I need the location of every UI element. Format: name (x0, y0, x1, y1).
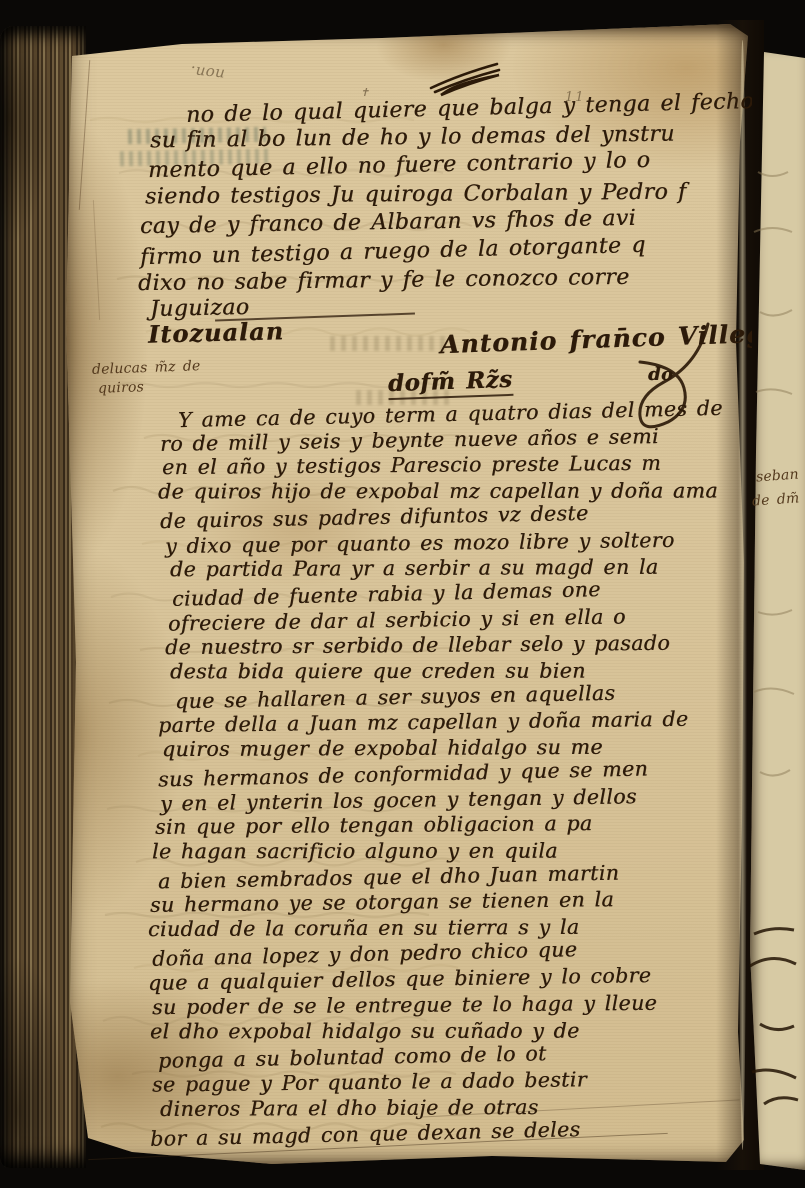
body-line: quiros muger de expobal hidalgo su me (162, 735, 603, 761)
body-line: de nuestro sr serbido de llebar selo y p… (165, 631, 670, 659)
closing-line: mento que a ello no fuere contrario y lo… (148, 148, 651, 183)
body-line: dineros Para el dho biaje de otras (160, 1095, 539, 1121)
body-line: bor a su magd con que dexan se deles (150, 1117, 581, 1151)
body-line: parte della a Juan mz capellan y doña ma… (158, 707, 689, 737)
body-line: su poder de se le entregue te lo haga y … (152, 991, 657, 1019)
margin-note-line2: quiros (98, 379, 144, 397)
body-line: ciudad de la coruña en su tierra s y la (148, 915, 580, 941)
closing-line: dixo no sabe firmar y fe le conozco corr… (138, 264, 630, 295)
body-line: le hagan sacrificio alguno y en quila (152, 839, 558, 864)
body-line: su hermano ye se otorgan se tienen en la (150, 887, 614, 917)
body-line: desta bida quiere que creden su bien (170, 659, 586, 684)
next-page-ink (750, 52, 805, 1170)
next-page-margin-note: seban (755, 467, 799, 486)
body-line: en el año y testigos Parescio preste Luc… (162, 451, 661, 479)
docket-heading: dofm̃ Rz̃s (388, 366, 513, 400)
signature-right: Antonio fran̄co Villegas (440, 318, 752, 359)
next-page-margin-note: de dm̃ (751, 490, 799, 509)
closing-line: siendo testigos Ju quiroga Corbalan y Pe… (145, 179, 687, 209)
closing-line: Juguizao (150, 295, 250, 322)
closing-line: firmo un testigo a ruego de la otorgante… (140, 233, 646, 270)
body-line: de quiros hijo de expobal mz capellan y … (158, 479, 718, 504)
body-line: se pague y Por quanto le a dado bestir (152, 1068, 587, 1097)
body-line: y dixo que por quanto es mozo libre y so… (165, 527, 675, 557)
cross-mark: ✝ (360, 86, 370, 99)
signature-paraph: do (648, 364, 673, 385)
margin-note-line1: delucas m̃z de (92, 358, 201, 378)
body-line: ponga a su boluntad como de lo ot (158, 1041, 547, 1072)
body-line: de quiros sus padres difuntos vz deste (160, 501, 589, 533)
body-line: el dho expobal hidalgo su cuñado y de (150, 1018, 580, 1043)
manuscript-photo: non. ✝ 11 delucas m̃z de quiros Itozuala… (0, 0, 805, 1188)
ink-text-layer: non. ✝ 11 delucas m̃z de quiros Itozuala… (0, 0, 752, 1188)
pencil-mark: non. (189, 62, 225, 84)
body-line: sin que por ello tengan obligacion a pa (155, 811, 593, 839)
